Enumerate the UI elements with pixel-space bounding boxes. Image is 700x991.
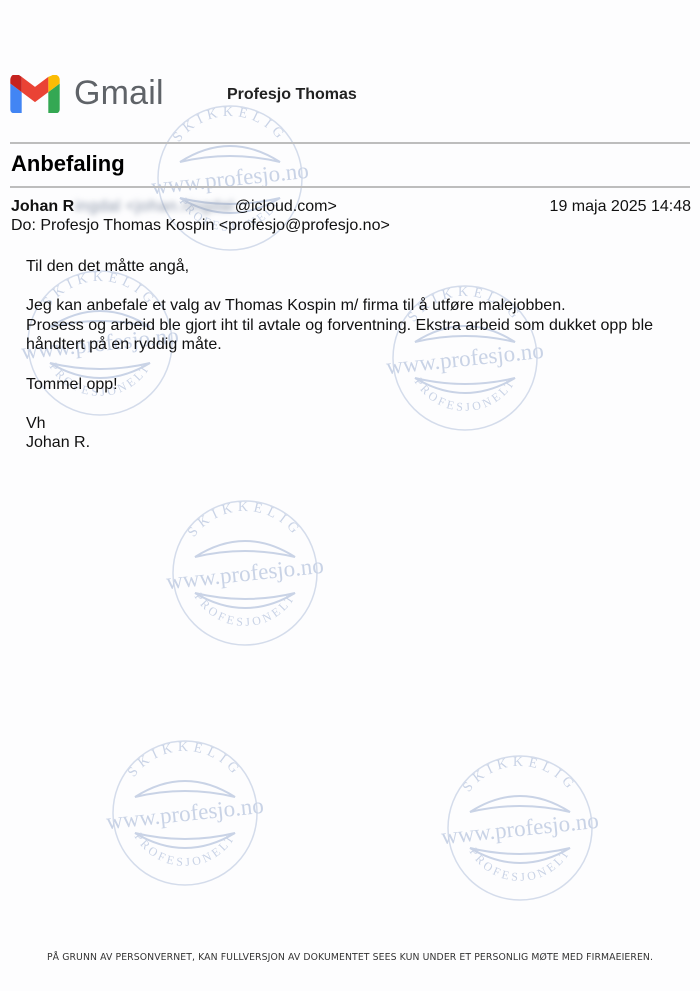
svg-text:PROFESJONELT: PROFESJONELT — [132, 830, 239, 869]
body-paragraph-line: Prosess og arbeid ble gjort iht til avta… — [26, 316, 686, 355]
svg-text:www.profesjo.no: www.profesjo.no — [105, 793, 265, 834]
watermark-seal-icon: SKIKKELIGwww.profesjo.noPROFESJONELT — [155, 495, 335, 635]
svg-text:SKIKKELIG: SKIKKELIG — [460, 755, 579, 795]
sender-name: Johan R — [11, 198, 74, 215]
svg-text:PROFESJONELT: PROFESJONELT — [192, 590, 299, 629]
closing-remark: Tommel opp! — [26, 375, 686, 395]
gmail-wordmark: Gmail — [74, 74, 164, 113]
watermark-seal-icon: SKIKKELIGwww.profesjo.noPROFESJONELT — [95, 735, 275, 875]
account-name: Profesjo Thomas — [227, 86, 357, 104]
body-paragraph-line: Jeg kan anbefale et valg av Thomas Kospi… — [26, 296, 686, 316]
signoff: Vh — [26, 414, 686, 434]
svg-text:PROFESJONELT: PROFESJONELT — [467, 845, 574, 884]
gmail-logo-icon — [10, 75, 60, 113]
divider — [10, 142, 690, 144]
page-header: Gmail Profesjo Thomas — [10, 72, 690, 116]
greeting: Til den det måtte angå, — [26, 257, 686, 277]
watermark-stamp: SKIKKELIGwww.profesjo.noPROFESJONELT — [430, 750, 610, 890]
email-date: 19 maja 2025 14:48 — [550, 198, 691, 216]
watermark-stamp: SKIKKELIGwww.profesjo.noPROFESJONELT — [95, 735, 275, 875]
redacted-sender-text: ingdal <johan.ringdal — [75, 198, 234, 216]
email-body: Til den det måtte angå, Jeg kan anbefale… — [26, 257, 686, 453]
privacy-notice: PÅ GRUNN AV PERSONVERNET, KAN FULLVERSJO… — [0, 952, 700, 963]
divider — [10, 186, 690, 188]
email-subject: Anbefaling — [11, 151, 125, 177]
watermark-stamp: SKIKKELIGwww.profesjo.noPROFESJONELT — [155, 495, 335, 635]
svg-text:SKIKKELIG: SKIKKELIG — [185, 500, 304, 540]
sender-email-domain: @icloud.com> — [235, 198, 337, 215]
watermark-seal-icon: SKIKKELIGwww.profesjo.noPROFESJONELT — [430, 750, 610, 890]
svg-text:www.profesjo.no: www.profesjo.no — [150, 158, 310, 199]
svg-text:www.profesjo.no: www.profesjo.no — [165, 553, 325, 594]
svg-text:www.profesjo.no: www.profesjo.no — [440, 808, 600, 849]
signature: Johan R. — [26, 433, 686, 453]
recipient-line: Do: Profesjo Thomas Kospin <profesjo@pro… — [11, 217, 390, 235]
svg-text:SKIKKELIG: SKIKKELIG — [125, 740, 244, 780]
